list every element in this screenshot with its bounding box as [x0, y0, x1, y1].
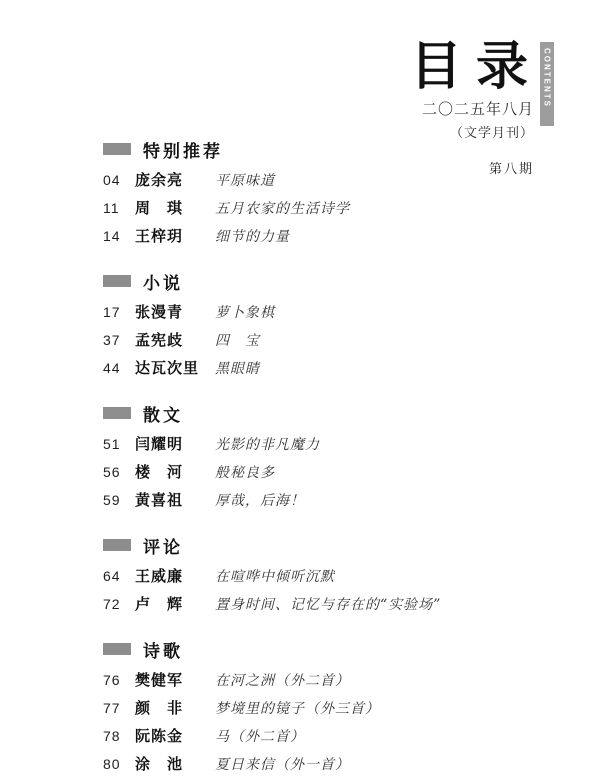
toc-header: 目录 CONTENTS 二〇二五年八月 （文学月刊） 第八期 [410, 40, 554, 177]
entry-author: 楼 河 [135, 459, 201, 487]
entry-author: 颜 非 [135, 695, 201, 723]
entry-title: 在河之洲（外二首） [215, 667, 350, 695]
toc-section: 诗歌 76 樊健军 在河之洲（外二首） 77 颜 非 梦境里的镜子（外三首） 7… [103, 640, 594, 778]
toc-entry: 44 达瓦次里 黑眼睛 [103, 354, 594, 382]
entry-title: 般秘良多 [215, 459, 275, 487]
entry-page: 77 [103, 694, 135, 722]
entry-author: 闫耀明 [135, 431, 201, 459]
entry-author: 庞余亮 [135, 167, 201, 195]
entry-title: 萝卜象棋 [215, 299, 275, 327]
entry-list: 17 张漫青 萝卜象棋 37 孟宪歧 四 宝 44 达瓦次里 黑眼睛 [103, 298, 594, 382]
entry-title: 五月农家的生活诗学 [215, 195, 350, 223]
entry-list: 51 闫耀明 光影的非凡魔力 56 楼 河 般秘良多 59 黄喜祖 厚哉，后海！ [103, 430, 594, 514]
toc-entry: 72 卢 辉 置身时间、记忆与存在的“实验场” [103, 590, 594, 618]
entry-author: 黄喜祖 [135, 487, 201, 515]
entry-title: 厚哉，后海！ [215, 487, 305, 515]
header-text: 二〇二五年八月 （文学月刊） [422, 98, 554, 141]
toc-entry: 56 楼 河 般秘良多 [103, 458, 594, 486]
entry-page: 17 [103, 298, 135, 326]
toc-entry: 37 孟宪歧 四 宝 [103, 326, 594, 354]
toc-entry: 77 颜 非 梦境里的镜子（外三首） [103, 694, 594, 722]
entry-page: 80 [103, 750, 135, 778]
section-bullet-icon [103, 643, 131, 655]
entry-page: 51 [103, 430, 135, 458]
entry-author: 樊健军 [135, 667, 201, 695]
section-bullet-icon [103, 407, 131, 419]
entry-author: 达瓦次里 [135, 355, 201, 383]
entry-title: 四 宝 [215, 327, 260, 355]
entry-title: 平原味道 [215, 167, 275, 195]
entry-page: 37 [103, 326, 135, 354]
toc-entry: 76 樊健军 在河之洲（外二首） [103, 666, 594, 694]
entry-title: 置身时间、记忆与存在的“实验场” [215, 591, 441, 619]
section-bullet-icon [103, 539, 131, 551]
toc-section: 小说 17 张漫青 萝卜象棋 37 孟宪歧 四 宝 44 达瓦次里 黑眼睛 [103, 272, 594, 382]
date-line: 二〇二五年八月 [422, 98, 534, 119]
entry-page: 11 [103, 194, 135, 222]
toc-entry: 64 王威廉 在喧哗中倾听沉默 [103, 562, 594, 590]
toc-entry: 80 涂 池 夏日来信（外一首） [103, 750, 594, 778]
magazine-subtitle: （文学月刊） [422, 122, 534, 141]
entry-page: 59 [103, 486, 135, 514]
entry-author: 王梓玥 [135, 223, 201, 251]
toc-page: 目录 CONTENTS 二〇二五年八月 （文学月刊） 第八期 特别推荐 04 庞… [0, 0, 594, 780]
entry-title: 夏日来信（外一首） [215, 751, 350, 779]
entry-author: 卢 辉 [135, 591, 201, 619]
section-header: 诗歌 [103, 640, 594, 658]
entry-title: 在喧哗中倾听沉默 [215, 563, 335, 591]
entry-page: 14 [103, 222, 135, 250]
toc-entry: 59 黄喜祖 厚哉，后海！ [103, 486, 594, 514]
entry-author: 涂 池 [135, 751, 201, 779]
section-bullet-icon [103, 275, 131, 287]
entry-page: 72 [103, 590, 135, 618]
section-bullet-icon [103, 143, 131, 155]
toc-entry: 14 王梓玥 细节的力量 [103, 222, 594, 250]
entry-page: 56 [103, 458, 135, 486]
section-title: 评论 [143, 533, 183, 558]
entry-page: 44 [103, 354, 135, 382]
entry-author: 孟宪歧 [135, 327, 201, 355]
entry-title: 细节的力量 [215, 223, 290, 251]
section-title: 诗歌 [143, 637, 183, 662]
section-header: 小说 [103, 272, 594, 290]
toc-entry: 78 阮陈金 马（外二首） [103, 722, 594, 750]
toc-section: 评论 64 王威廉 在喧哗中倾听沉默 72 卢 辉 置身时间、记忆与存在的“实验… [103, 536, 594, 618]
section-title: 特别推荐 [143, 137, 223, 162]
entry-title: 光影的非凡魔力 [215, 431, 320, 459]
section-title: 散文 [143, 401, 183, 426]
entry-page: 64 [103, 562, 135, 590]
entry-page: 04 [103, 166, 135, 194]
entry-author: 王威廉 [135, 563, 201, 591]
entry-page: 76 [103, 666, 135, 694]
section-title: 小说 [143, 269, 183, 294]
entry-author: 阮陈金 [135, 723, 201, 751]
entry-title: 马（外二首） [215, 723, 305, 751]
toc-section: 散文 51 闫耀明 光影的非凡魔力 56 楼 河 般秘良多 59 黄喜祖 厚哉，… [103, 404, 594, 514]
entry-title: 梦境里的镜子（外三首） [215, 695, 380, 723]
page-title: 目录 [410, 40, 542, 94]
toc-entry: 17 张漫青 萝卜象棋 [103, 298, 594, 326]
entry-title: 黑眼睛 [215, 355, 260, 383]
entry-list: 64 王威廉 在喧哗中倾听沉默 72 卢 辉 置身时间、记忆与存在的“实验场” [103, 562, 594, 618]
entry-author: 张漫青 [135, 299, 201, 327]
entry-list: 04 庞余亮 平原味道 11 周 琪 五月农家的生活诗学 14 王梓玥 细节的力… [103, 166, 594, 250]
toc-entry: 51 闫耀明 光影的非凡魔力 [103, 430, 594, 458]
entry-page: 78 [103, 722, 135, 750]
toc-entry: 11 周 琪 五月农家的生活诗学 [103, 194, 594, 222]
entry-author: 周 琪 [135, 195, 201, 223]
entry-list: 76 樊健军 在河之洲（外二首） 77 颜 非 梦境里的镜子（外三首） 78 阮… [103, 666, 594, 778]
issue-label: 第八期 [489, 158, 554, 177]
section-header: 评论 [103, 536, 594, 554]
section-header: 散文 [103, 404, 594, 422]
